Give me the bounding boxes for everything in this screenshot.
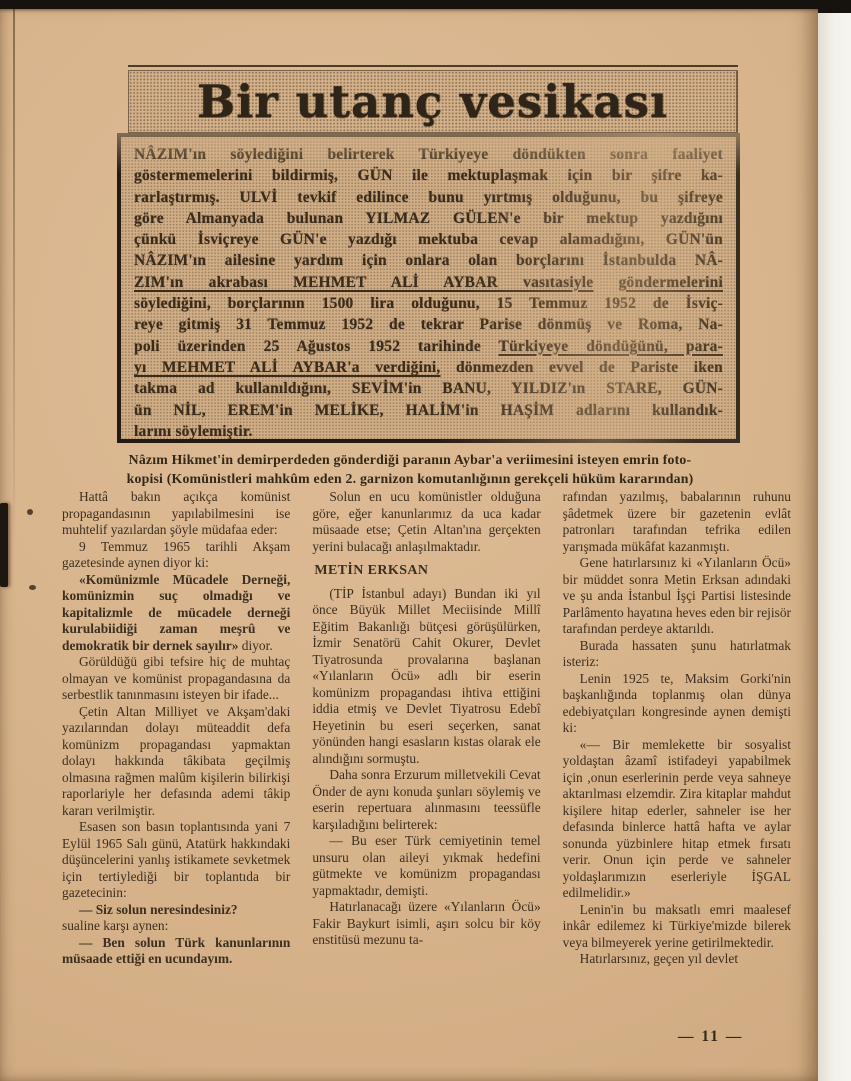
para: rafından yazılmış, babalarının ruhunu şâ… (563, 489, 791, 555)
para: Esasen son basın toplantısında yani 7 Ey… (62, 819, 290, 902)
document-text: NÂZIM'ın söylediğini belirterek Türkiyey… (134, 144, 723, 442)
column-right: rafından yazılmış, babalarının ruhunu şâ… (563, 489, 791, 968)
para: Solun en ucu komünistler olduğuna göre, … (312, 489, 540, 555)
para: Çetin Altan Milliyet ve Akşam'daki yazıl… (62, 704, 290, 820)
para: — Bu eser Türk cemiyetinin temel unsuru … (312, 833, 540, 899)
para: — Siz solun neresindesiniz? (62, 902, 290, 919)
para: «— Bir memlekette bir sosyalist yoldaşta… (563, 737, 791, 902)
para: Hatırlanacağı üzere «Yılanların Öcü» Fak… (312, 899, 540, 949)
para: «Komünizmle Mücadele Derneği, komünizmin… (62, 572, 290, 655)
staple-hole (27, 509, 33, 515)
para: Gene hatırlarsınız ki «Yılanların Öcü» b… (563, 555, 791, 638)
para: Hatırlarsınız, geçen yıl devlet (563, 951, 791, 968)
headline-clipping: Bir utanç vesikası (128, 70, 738, 133)
headline-top-rule (128, 65, 738, 67)
doc-line: göre Almanyada bulunan YILMAZ GÜLEN'e bi… (134, 208, 723, 229)
column-left: Hattâ bakın açıkça komünist propagandası… (62, 489, 290, 968)
binding-staple (0, 503, 8, 587)
doc-line: çünkü İsviçreye GÜN'e yazdığı mektuba ce… (134, 229, 723, 250)
para: Burada hassaten şunu hatırlatmak isteriz… (563, 638, 791, 671)
doc-line: larını söylemiştir. (134, 421, 723, 442)
para: METİN ERKSAN (312, 563, 540, 580)
doc-line: poli üzerinden 25 Ağustos 1952 tarihinde… (134, 336, 723, 357)
para: sualine karşı aynen: (62, 918, 290, 935)
doc-line: ün NİL, EREM'in MELİKE, HALİM'in HAŞİM a… (134, 400, 723, 421)
doc-line: yı MEHMET ALİ AYBAR'a verdiğini, dönmezd… (134, 357, 723, 378)
doc-line: rarlaştırmış. ULVİ tevkif edilince bunu … (134, 187, 723, 208)
doc-line: reye gitmiş 31 Temmuz 1952 de tekrar Par… (134, 314, 723, 335)
para: Daha sonra Erzurum milletvekili Cevat Ön… (312, 767, 540, 833)
para: Görüldüğü gibi tefsire hiç de muhtaç olm… (62, 654, 290, 704)
cap-line: kopisi (Komünistleri mahkûm eden 2. garn… (55, 469, 765, 488)
para: 9 Temmuz 1965 tarihli Akşam gazetesinde … (62, 539, 290, 572)
staple-hole (29, 585, 36, 590)
para: — Ben solun Türk kanunlarının müsaade et… (62, 935, 290, 968)
doc-line: söylediğini, borçlarının 1500 lira olduğ… (134, 293, 723, 314)
para: (TİP İstanbul adayı) Bundan iki yıl önce… (312, 586, 540, 768)
para: Lenin'in bu maksatlı emri maalesef inkâr… (563, 902, 791, 952)
doc-line: göstermemelerini bildirmiş, GÜN ile mekt… (134, 165, 723, 186)
doc-line: NÂZIM'ın söylediğini belirterek Türkiyey… (134, 144, 723, 165)
doc-line: takma ad kullanıldığını, SEVİM'in BANU, … (134, 378, 723, 399)
column-middle: Solun en ucu komünistler olduğuna göre, … (312, 489, 540, 968)
photo-caption: Nâzım Hikmet'in demirperdeden gönderdiği… (55, 450, 765, 488)
scanned-page-photo: Bir utanç vesikası NÂZIM'ın söylediğini … (0, 0, 851, 1081)
cap-line: Nâzım Hikmet'in demirperdeden gönderdiği… (55, 450, 765, 469)
backing-page-edge (813, 13, 851, 1081)
document-photocopy: NÂZIM'ın söylediğini belirterek Türkiyey… (117, 133, 740, 443)
para: Hattâ bakın açıkça komünist propagandası… (62, 489, 290, 539)
page-number: — 11 — (678, 1028, 743, 1046)
para: Lenin 1925 te, Maksim Gorki'nin başkanlı… (563, 671, 791, 737)
article-body: Hattâ bakın açıkça komünist propagandası… (62, 489, 791, 968)
headline-title: Bir utanç vesikası (197, 79, 668, 124)
magazine-page: Bir utanç vesikası NÂZIM'ın söylediğini … (0, 9, 818, 1081)
doc-line: NÂZIM'ın ailesine yardım için onlara ola… (134, 250, 723, 271)
doc-line: ZIM'ın akrabası MEHMET ALİ AYBAR vasıtas… (134, 272, 723, 293)
